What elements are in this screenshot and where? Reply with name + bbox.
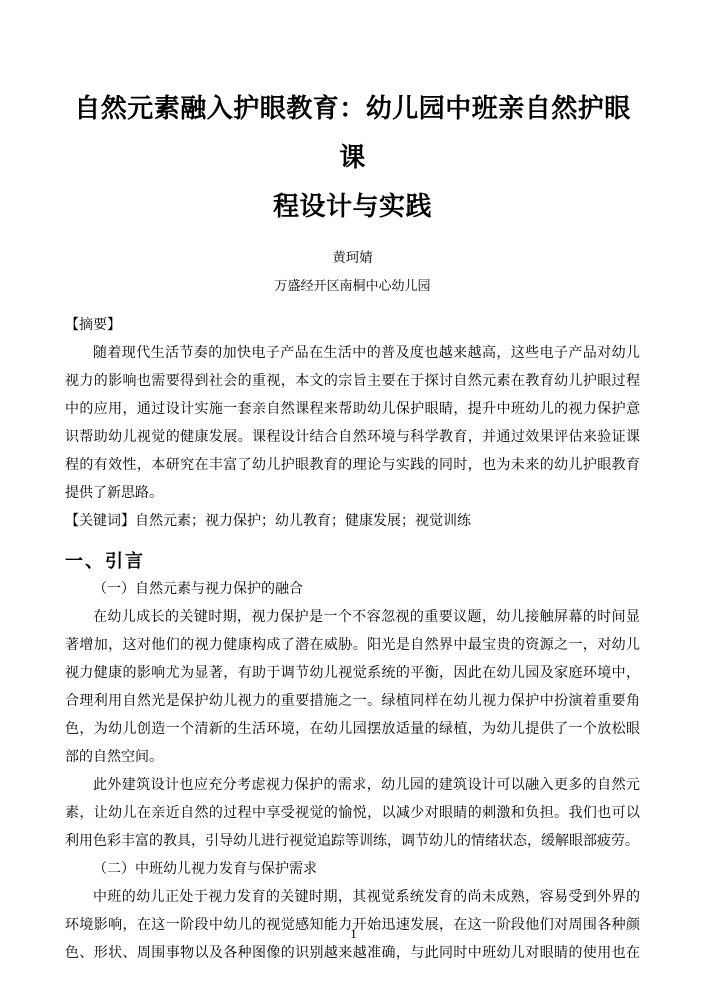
section-body: （一）自然元素与视力保护的融合在幼儿成长的关键时期，视力保护是一个不容忽视的重要… [65,576,640,968]
document-page: 自然元素融入护眼教育：幼儿园中班亲自然护眼课 程设计与实践 黄珂婧 万盛经开区南… [0,0,707,999]
author-affiliation: 万盛经开区南桐中心幼儿园 [65,272,640,300]
paragraph-line: 中班的幼儿正处于视力发育的关键时期，其视觉系统发育的尚未成熟，容易受到外界的 [65,884,640,912]
abstract-line: 识帮助幼儿视觉的健康发展。课程设计结合自然环境与科学教育，并通过效果评估来验证课 [65,424,640,452]
abstract-body: 随着现代生活节奏的加快电子产品在生活中的普及度也越来越高，这些电子产品对幼儿视力… [65,340,640,508]
section-heading-introduction: 一、引言 [65,546,640,576]
paragraph-line: 色，为幼儿创造一个清新的生活环境，在幼儿园摆放适量的绿植，为幼儿提供了一个放松眼 [65,716,640,744]
abstract-line: 随着现代生活节奏的加快电子产品在生活中的普及度也越来越高，这些电子产品对幼儿 [65,340,640,368]
title-line-1: 自然元素融入护眼教育：幼儿园中班亲自然护眼课 [65,84,640,182]
abstract-label: 【摘要】 [65,312,640,340]
abstract-line: 中的应用，通过设计实施一套亲自然课程来帮助幼儿保护眼睛，提升中班幼儿的视力保护意 [65,396,640,424]
paragraph-line: 素，让幼儿在亲近自然的过程中享受视觉的愉悦，以减少对眼睛的刺激和负担。我们也可以 [65,800,640,828]
keywords-line: 【关键词】自然元素；视力保护；幼儿教育；健康发展；视觉训练 [65,508,640,536]
keywords-label: 【关键词】 [65,514,135,529]
subsection-heading: （二）中班幼儿视力发育与保护需求 [65,856,640,884]
title-line-2: 程设计与实践 [65,182,640,231]
page-number: 1 [0,926,707,942]
document-title: 自然元素融入护眼教育：幼儿园中班亲自然护眼课 程设计与实践 [65,84,640,231]
abstract-section: 【摘要】 随着现代生活节奏的加快电子产品在生活中的普及度也越来越高，这些电子产品… [65,312,640,536]
paragraph-line: 此外建筑设计也应充分考虑视力保护的需求，幼儿园的建筑设计可以融入更多的自然元 [65,772,640,800]
abstract-line: 视力的影响也需要得到社会的重视，本文的宗旨主要在于探讨自然元素在教育幼儿护眼过程 [65,368,640,396]
paragraph-line: 著增加，这对他们的视力健康构成了潜在威胁。阳光是自然界中最宝贵的资源之一，对幼儿 [65,632,640,660]
keywords-text: 自然元素；视力保护；幼儿教育；健康发展；视觉训练 [135,514,471,529]
paragraph-line: 部的自然空间。 [65,744,640,772]
paragraph-line: 合理利用自然光是保护幼儿视力的重要措施之一。绿植同样在幼儿视力保护中扮演着重要角 [65,688,640,716]
author-name: 黄珂婧 [65,244,640,272]
paragraph-line: 利用色彩丰富的教具，引导幼儿进行视觉追踪等训练，调节幼儿的情绪状态，缓解眼部疲劳… [65,828,640,856]
abstract-line: 提供了新思路。 [65,480,640,508]
subsection-heading: （一）自然元素与视力保护的融合 [65,576,640,604]
paragraph-line: 视力健康的影响尤为显著，有助于调节幼儿视觉系统的平衡，因此在幼儿园及家庭环境中， [65,660,640,688]
paragraph-line: 在幼儿成长的关键时期，视力保护是一个不容忽视的重要议题，幼儿接触屏幕的时间显 [65,604,640,632]
paragraph-line: 色、形状、周围事物以及各种图像的识别越来越准确，与此同时中班幼儿对眼睛的使用也在 [65,940,640,968]
abstract-line: 程的有效性，本研究在丰富了幼儿护眼教育的理论与实践的同时，也为未来的幼儿护眼教育 [65,452,640,480]
